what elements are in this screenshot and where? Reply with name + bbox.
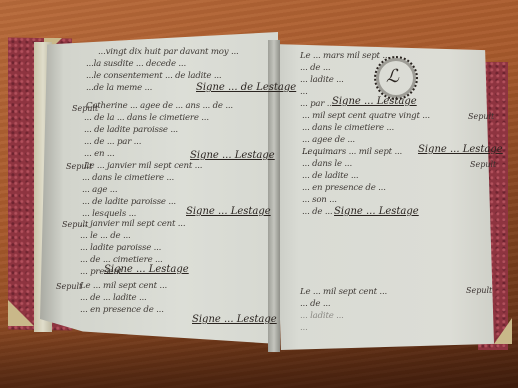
text-line: ... dans le cimetiere ... [302, 122, 394, 135]
text-line: ... de ... [300, 62, 333, 75]
text-line: Le ... janvier mil sept cent ... [84, 160, 205, 173]
margin-note: Sepult [56, 282, 82, 291]
signature: Signe ... Lestage [104, 264, 189, 275]
text-line: ... age ... [82, 184, 120, 197]
signature: Signe ... Lestage [332, 96, 417, 107]
text-line: ... de ladite paroisse ... [82, 196, 176, 209]
text-line: Le ... mars mil sept ... [300, 50, 390, 63]
seal-monogram-icon: ℒ [386, 66, 399, 87]
text-line: ... dans le ... [302, 158, 355, 171]
text-line: ... agee de ... [302, 134, 358, 147]
text-line: ...de la meme ... [86, 82, 155, 95]
margin-note: Sepult [468, 112, 494, 121]
text-line: ...la susdite ... decede ... [86, 58, 186, 71]
text-line: ... de ladite paroisse ... [84, 124, 178, 137]
signature: Signe ... Lestage [334, 206, 419, 217]
signature: Signe ... de Lestage [196, 82, 296, 93]
text-line: ... ladite ... [300, 310, 346, 323]
text-line: ... en ... [84, 148, 117, 161]
text-line: Le ... mars ... mil sept ... [302, 146, 402, 159]
signature: Signe ... Lestage [186, 206, 271, 217]
text-line: ... [300, 322, 310, 335]
text-line: ... ladite ... [300, 74, 344, 87]
margin-note: Sepult [470, 160, 496, 169]
text-line: ... de la ... dans le cimetiere ... [84, 112, 209, 125]
text-line: ... de ... [302, 206, 335, 219]
text-line: ... en presence de ... [80, 304, 166, 317]
text-line: ... son ... [302, 194, 339, 207]
text-line: ... janvier mil sept cent ... [80, 218, 188, 231]
text-line: ... de ... [300, 298, 333, 311]
text-line: ... dans le cimetiere ... [82, 172, 177, 185]
text-line: ...vingt dix huit par davant moy ... [98, 46, 239, 59]
text-line: ...le consentement ... de ladite ... [86, 70, 221, 83]
text-line: ... [300, 86, 310, 99]
text-line: Le ... mil sept cent ... [80, 280, 170, 293]
text-line: ... de ... ladite ... [80, 292, 149, 305]
signature: Signe ... Lestage [418, 144, 503, 155]
seal-stamp: ℒ [374, 56, 418, 100]
text-line: ... ladite paroisse ... [80, 242, 161, 255]
text-line: ... mil sept cent quatre vingt ... [302, 110, 430, 123]
signature: Signe ... Lestage [192, 314, 277, 325]
text-line: Catherine ... agee de ... ans ... de ... [86, 100, 233, 113]
text-line: ... de ... par ... [84, 136, 144, 149]
text-line: Le ... mil sept cent ... [300, 286, 390, 299]
text-line: ... le ... de ... [80, 230, 133, 243]
margin-note: Sepult [466, 286, 492, 295]
text-line: ... en presence de ... [302, 182, 388, 195]
text-line: ... de ladite ... [302, 170, 361, 183]
